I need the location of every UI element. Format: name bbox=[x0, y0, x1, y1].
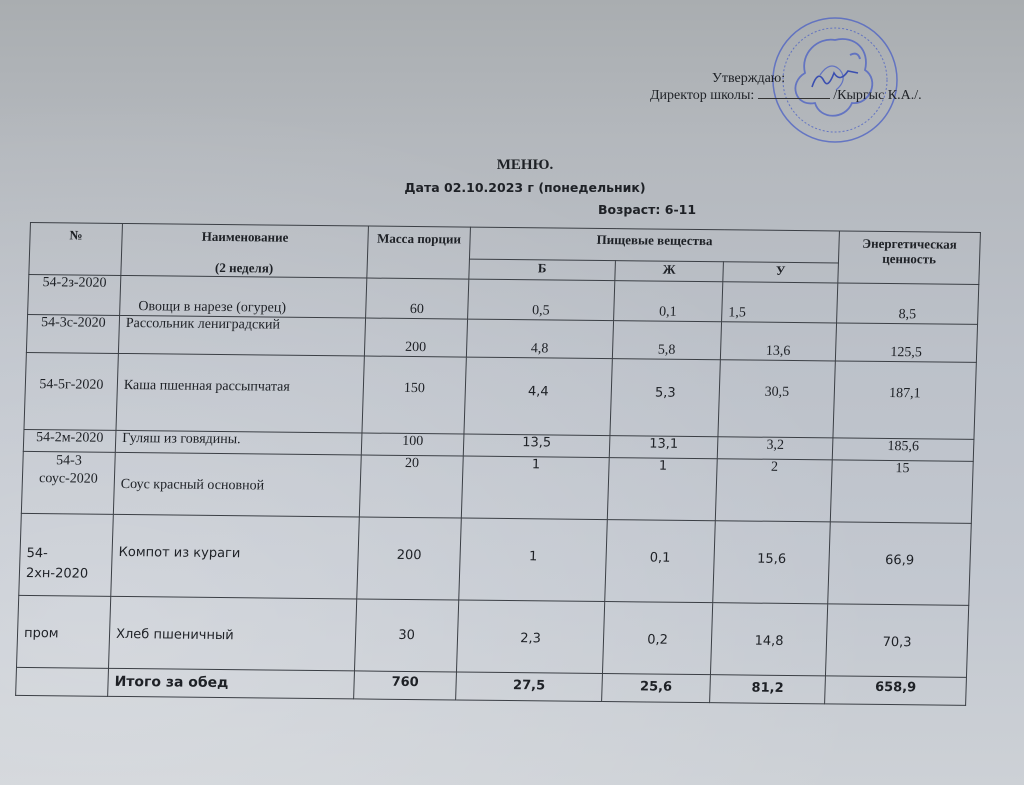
dish-energy: 15 bbox=[830, 460, 973, 523]
dish-protein: 13,5 bbox=[463, 434, 610, 458]
dish-carbs: 1,5 bbox=[722, 282, 838, 323]
dish-carbs: 15,6 bbox=[713, 521, 831, 604]
dish-mass: 60 bbox=[366, 278, 469, 319]
total-protein: 27,5 bbox=[456, 672, 603, 702]
dish-carbs: 2 bbox=[715, 459, 832, 522]
dish-protein: 1 bbox=[461, 456, 609, 520]
dish-code: 54-5г-2020 bbox=[24, 352, 118, 430]
dish-fat: 1 bbox=[607, 458, 717, 521]
document-title: МЕНЮ. bbox=[0, 157, 1024, 174]
header-energy: Энергетическая ценность bbox=[838, 231, 981, 284]
dish-carbs: 30,5 bbox=[718, 360, 835, 438]
dish-carbs: 14,8 bbox=[710, 603, 827, 676]
dish-code: 54-2з-2020 bbox=[28, 274, 121, 315]
table-row: 54-5г-2020 Каша пшенная рассыпчатая 150 … bbox=[24, 352, 976, 439]
dish-name: Компот из кураги bbox=[111, 514, 360, 599]
dish-protein: 4,8 bbox=[466, 319, 613, 359]
dish-energy: 70,3 bbox=[825, 604, 968, 677]
dish-energy: 187,1 bbox=[833, 361, 976, 439]
dish-code: 54-3 соус-2020 bbox=[21, 451, 115, 514]
dish-energy: 8,5 bbox=[837, 283, 979, 324]
table-row: пром Хлеб пшеничный 30 2,3 0,2 14,8 70,3 bbox=[17, 595, 969, 677]
header-name-line2: (2 неделя) bbox=[127, 259, 360, 276]
dish-fat: 0,2 bbox=[602, 602, 712, 675]
total-mass: 760 bbox=[354, 671, 457, 700]
dish-mass: 200 bbox=[357, 517, 462, 600]
dish-fat: 5,8 bbox=[612, 321, 721, 360]
dish-name: Соус красный основной bbox=[113, 452, 361, 517]
dish-mass: 200 bbox=[364, 318, 467, 357]
dish-carbs: 3,2 bbox=[717, 437, 833, 460]
dish-name: Хлеб пшеничный bbox=[108, 596, 356, 671]
dish-name: Рассольник лениградский bbox=[118, 315, 365, 356]
dish-mass: 20 bbox=[359, 455, 463, 518]
table-row: 54-3 соус-2020 Соус красный основной 20 … bbox=[21, 451, 973, 523]
header-row: № Наименование (2 неделя) Масса порции П… bbox=[29, 223, 980, 265]
dish-energy: 66,9 bbox=[828, 522, 972, 605]
total-energy: 658,9 bbox=[825, 676, 967, 705]
header-protein: Б bbox=[469, 259, 616, 281]
dish-name: Гуляш из говядины. bbox=[115, 430, 362, 455]
total-fat: 25,6 bbox=[602, 674, 711, 703]
dish-name: Каша пшенная рассыпчатая bbox=[116, 353, 364, 433]
dish-code: 54-3с-2020 bbox=[26, 314, 119, 353]
total-label: Итого за обед bbox=[108, 668, 355, 699]
dish-fat: 0,1 bbox=[614, 281, 723, 322]
director-name: /Кыргыс К.А./. bbox=[833, 88, 921, 103]
age-group: Возраст: 6-11 bbox=[598, 202, 696, 217]
dish-code: пром bbox=[17, 595, 111, 668]
dish-mass: 100 bbox=[361, 433, 464, 456]
dish-carbs: 13,6 bbox=[720, 322, 836, 361]
dish-protein: 1 bbox=[459, 518, 608, 602]
director-line: Директор школы: /Кыргыс К.А./. bbox=[650, 87, 922, 104]
dish-fat: 5,3 bbox=[610, 359, 720, 437]
document-date: Дата 02.10.2023 г (понедельник) bbox=[0, 180, 1024, 195]
table-row: 54-2хн-2020 Компот из кураги 200 1 0,1 1… bbox=[19, 513, 972, 605]
header-name: Наименование (2 неделя) bbox=[121, 223, 369, 278]
menu-table: № Наименование (2 неделя) Масса порции П… bbox=[15, 222, 980, 706]
dish-energy: 185,6 bbox=[832, 438, 974, 461]
header-number: № bbox=[29, 223, 123, 276]
approval-line: Утверждаю: bbox=[712, 70, 785, 87]
dish-protein: 2,3 bbox=[456, 600, 604, 674]
dish-code: 54-2хн-2020 bbox=[19, 513, 114, 596]
dish-code: 54-2м-2020 bbox=[23, 429, 116, 452]
header-carbs: У bbox=[723, 262, 839, 283]
header-fat: Ж bbox=[615, 261, 724, 282]
dish-mass: 150 bbox=[362, 356, 466, 434]
dish-mass: 30 bbox=[354, 599, 458, 672]
dish-fat: 0,1 bbox=[605, 520, 716, 603]
dish-energy: 125,5 bbox=[835, 323, 977, 362]
dish-fat: 13,1 bbox=[609, 436, 718, 459]
signature-blank bbox=[758, 98, 830, 99]
director-label: Директор школы: bbox=[650, 88, 754, 103]
header-name-line1: Наименование bbox=[128, 228, 361, 245]
total-carbs: 81,2 bbox=[710, 675, 826, 704]
dish-protein: 0,5 bbox=[468, 279, 615, 321]
dish-name: Овощи в нарезе (огурец) bbox=[120, 275, 367, 318]
header-mass: Масса порции bbox=[367, 226, 471, 279]
total-code bbox=[16, 667, 109, 696]
dish-protein: 4,4 bbox=[464, 357, 612, 436]
header-nutrients: Пищевые вещества bbox=[469, 227, 839, 263]
